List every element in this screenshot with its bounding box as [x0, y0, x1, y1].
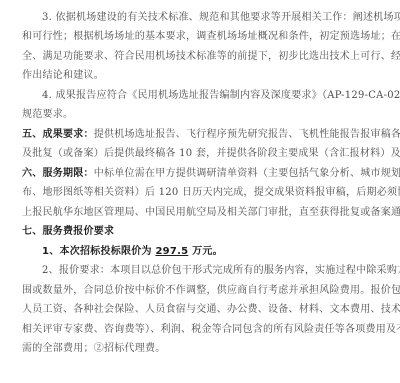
section-5-heading: 五、成果要求： [22, 129, 94, 140]
paragraph-3-line-2: 和可行性；根据机场场址的基本要求，调查机场场址概况和条件，初定预选场址；在保证飞… [22, 29, 400, 45]
section-5-text-1: 提供机场选址报告、飞行程序预先研究报告、飞机性能报告报审稿各 10 套，通过评审 [94, 129, 400, 140]
bid-limit-amount: 297.5 [155, 246, 188, 257]
section-6-heading: 六、服务期限： [22, 168, 94, 179]
section-7-item-2-line-4: 相关评审专家费、咨询费等）、利润、税金等合同包含的所有风险责任等各项费用及不可预… [22, 322, 400, 338]
section-6-line-2: 布、地形图纸等相关资料）后 120 日历天内完成，提交成果资料报审稿，后期必须协… [22, 185, 400, 201]
item-1-suffix: 万元。 [188, 246, 222, 257]
section-7-item-1: 1、本次招标投标限价为 297.5 万元。 [42, 244, 223, 260]
paragraph-3-line-4: 作出结论和建议。 [22, 68, 104, 84]
section-5-line-2: 及批复（或备案）后提供最终稿各 10 套，并提供各阶段主要成果（含汇报材料）及最… [22, 146, 400, 162]
item-1-prefix: 1、本次招标投标限价为 [42, 246, 155, 257]
paragraph-3-line-3: 全、满足功能要求、符合民用机场技术标准等的前提下，初步比选出技术上可行、经济上合… [22, 49, 400, 65]
section-6-line-1: 六、服务期限：中标单位需在甲方提供调研清单资料（主要包括气象分析、城市规划、电力… [22, 166, 400, 182]
section-7-item-2-line-3: 人员工资、各种社会保险、人员食宿与交通、办公费、设备、材料、文本费用、技术服务、… [22, 302, 400, 318]
section-5-line-1: 五、成果要求：提供机场选址报告、飞行程序预先研究报告、飞机性能报告报审稿各 10… [22, 127, 400, 143]
section-7-heading: 七、服务费报价要求 [22, 224, 114, 240]
section-6-line-3: 上报民航华东地区管理局、中国民用航空局及相关部门审批，直至获得批复或备案通过。 [22, 205, 400, 221]
section-6-text-1: 中标单位需在甲方提供调研清单资料（主要包括气象分析、城市规划、电力高压线分 [94, 168, 400, 179]
paragraph-4-line-1: 4. 成果报告应符合《民用机场选址报告编制内容及深度要求》（AP-129-CA-… [42, 88, 400, 104]
section-7-item-2-line-2: 围或数量外，合同总价按中标价不作调整，供应商自行考虑并承担风险费用。报价包括①本… [22, 283, 400, 299]
paragraph-4-line-2: 规范要求。 [22, 107, 73, 123]
section-7-item-2-line-1: 2、报价要求：本项目以总价包干形式完成所有的服务内容，实施过程中除采购方书面调整… [42, 263, 400, 279]
paragraph-3-line-1: 3. 依据机场建设的有关技术标准、规范和其他要求等开展相关工作：阐述机场项目建设… [42, 10, 400, 26]
section-7-item-2-line-5: 需的全部费用；②招标代理费。 [22, 341, 166, 357]
